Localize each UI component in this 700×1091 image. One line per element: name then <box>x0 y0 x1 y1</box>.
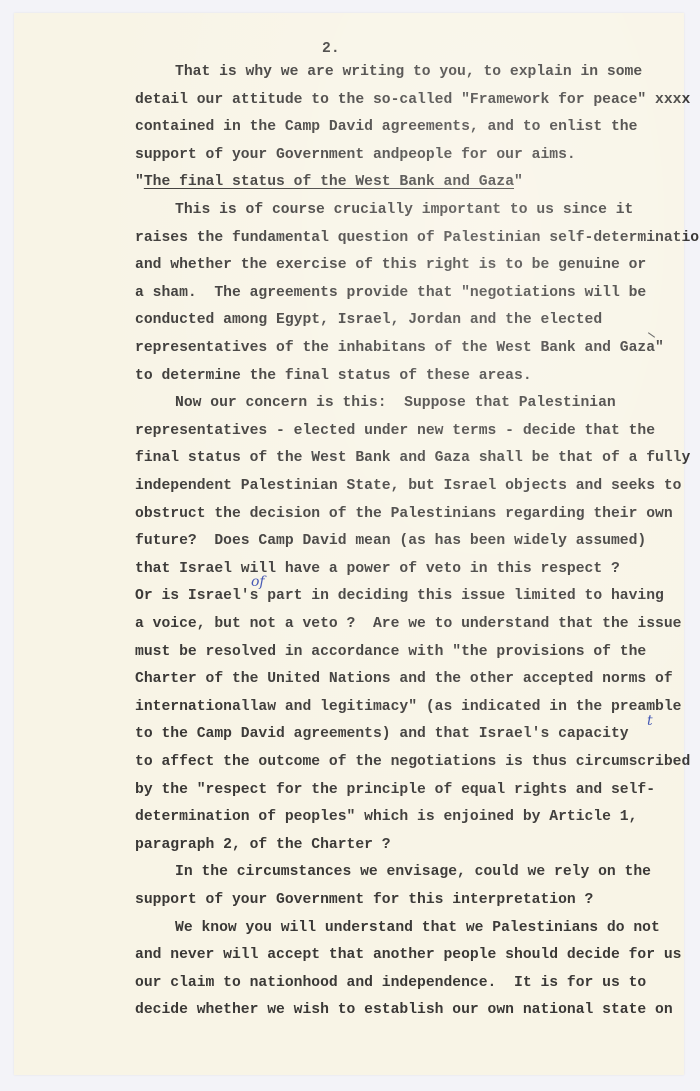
text-line: support of your Government andpeople for… <box>135 148 576 163</box>
text-line: In the circumstances we envisage, could … <box>175 865 651 880</box>
text-line: That is why we are writing to you, to ex… <box>175 65 642 80</box>
text-line: contained in the Camp David agreements, … <box>135 120 637 135</box>
document-page: 2. That is why we are writing to you, to… <box>14 13 684 1075</box>
text-line: conducted among Egypt, Israel, Jordan an… <box>135 313 602 328</box>
text-line: and whether the exercise of this right i… <box>135 258 646 273</box>
text-line: independent Palestinian State, but Israe… <box>135 479 681 494</box>
text-line: to determine the final status of these a… <box>135 369 532 384</box>
text-line: Now our concern is this: Suppose that Pa… <box>175 396 616 411</box>
text-line: representatives of the inhabitans of the… <box>135 341 664 356</box>
text-line: Charter of the United Nations and the ot… <box>135 672 673 687</box>
text-line: We know you will understand that we Pale… <box>175 921 660 936</box>
handwritten-of-correction: of <box>251 574 265 590</box>
section-heading: "The final status of the West Bank and G… <box>135 175 523 190</box>
text-line: paragraph 2, of the Charter ? <box>135 838 391 853</box>
text-line: a voice, but not a veto ? Are we to unde… <box>135 617 681 632</box>
text-line: raises the fundamental question of Pales… <box>135 231 700 246</box>
page-number: 2. <box>322 42 340 57</box>
text-line: future? Does Camp David mean (as has bee… <box>135 534 646 549</box>
text-line: obstruct the decision of the Palestinian… <box>135 507 673 522</box>
text-line: representatives - elected under new term… <box>135 424 655 439</box>
text-line: final status of the West Bank and Gaza s… <box>135 451 690 466</box>
text-line: internationallaw and legitimacy" (as ind… <box>135 700 681 715</box>
text-line: our claim to nationhood and independence… <box>135 976 646 991</box>
text-line: by the "respect for the principle of equ… <box>135 783 655 798</box>
stray-mark <box>648 332 655 337</box>
text-line: that Israel will have a power of veto in… <box>135 562 620 577</box>
text-line: decide whether we wish to establish our … <box>135 1003 673 1018</box>
text-line: to affect the outcome of the negotiation… <box>135 755 690 770</box>
text-line: must be resolved in accordance with "the… <box>135 645 646 660</box>
text-line: to the Camp David agreements) and that I… <box>135 727 629 742</box>
text-line: detail our attitude to the so-called "Fr… <box>135 93 690 108</box>
text-line: a sham. The agreements provide that "neg… <box>135 286 646 301</box>
text-line: and never will accept that another peopl… <box>135 948 681 963</box>
text-line: determination of peoples" which is enjoi… <box>135 810 637 825</box>
text-line: Or is Israel's part in deciding this iss… <box>135 589 664 604</box>
text-line: This is of course crucially important to… <box>175 203 633 218</box>
handwritten-preamble-mark: t <box>647 713 653 729</box>
text-line: support of your Government for this inte… <box>135 893 593 908</box>
